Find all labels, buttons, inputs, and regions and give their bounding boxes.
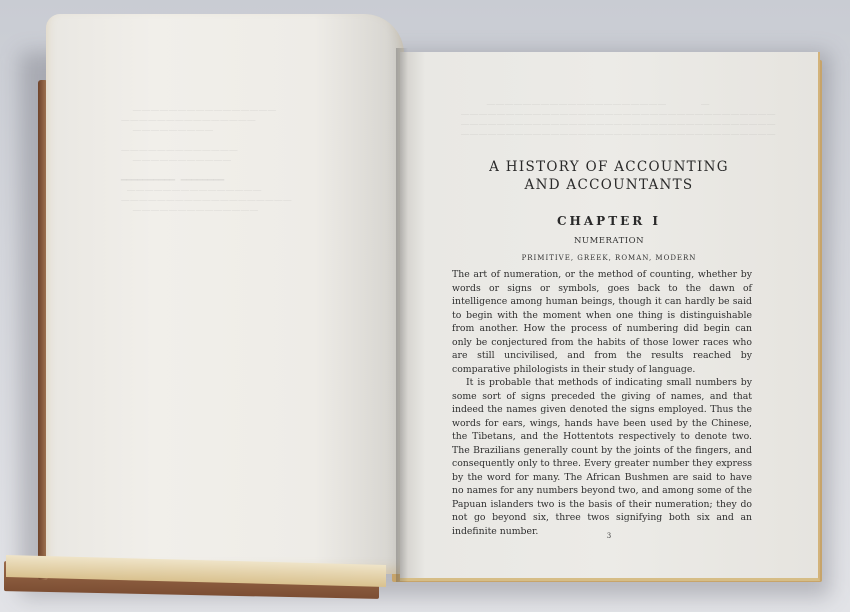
- page-number: 3: [400, 532, 818, 540]
- subsection-heading: PRIMITIVE, GREEK, ROMAN, MODERN: [400, 254, 818, 262]
- book-title-line-2: AND ACCOUNTANTS: [400, 176, 818, 194]
- body-text: The art of numeration, or the method of …: [452, 268, 752, 538]
- right-page: ———————————————————— — —————————————————…: [400, 52, 820, 581]
- book-title-line-1: A HISTORY OF ACCOUNTING: [400, 158, 818, 176]
- show-through-text: ———————————————————— — —————————————————…: [452, 100, 752, 140]
- paragraph-2: It is probable that methods of indicatin…: [452, 376, 752, 538]
- section-heading: NUMERATION: [400, 236, 818, 246]
- paragraph-1: The art of numeration, or the method of …: [452, 268, 752, 376]
- book-gutter: [396, 48, 408, 582]
- chapter-heading: CHAPTER I: [400, 214, 818, 228]
- left-page: ———————————————— ——————————————— ———————…: [46, 14, 404, 574]
- show-through-text: ———————————————— ——————————————— ———————…: [98, 106, 398, 216]
